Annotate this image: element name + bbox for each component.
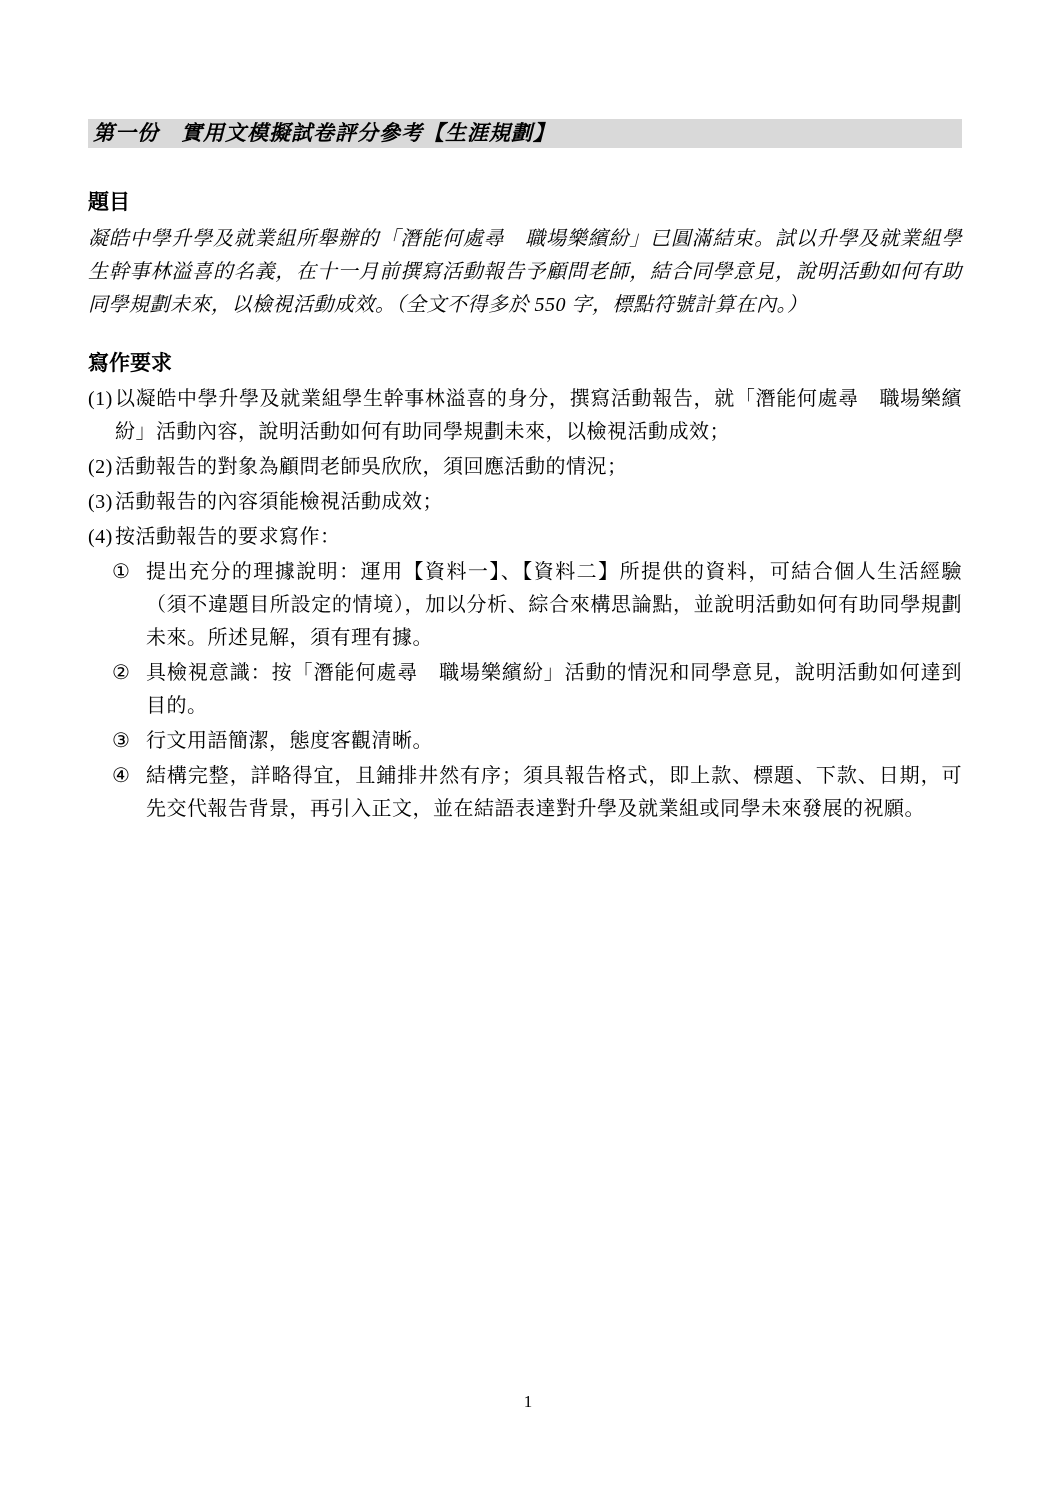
requirement-item-4: (4) 按活動報告的要求寫作： — [88, 521, 962, 554]
item-text: 以凝皓中學升學及就業組學生幹事林溢喜的身分，撰寫活動報告，就「潛能何處尋 職場樂… — [115, 383, 962, 449]
item-text: 活動報告的內容須能檢視活動成效； — [115, 486, 962, 519]
item-marker: (1) — [88, 383, 115, 449]
item-text: 按活動報告的要求寫作： — [115, 521, 962, 554]
requirements-list: (1) 以凝皓中學升學及就業組學生幹事林溢喜的身分，撰寫活動報告，就「潛能何處尋… — [88, 383, 962, 826]
requirement-subitem-4: ④ 結構完整，詳略得宜，且鋪排井然有序；須具報告格式，即上款、標題、下款、日期，… — [112, 760, 962, 826]
requirement-subitem-2: ② 具檢視意識：按「潛能何處尋 職場樂繽紛」活動的情況和同學意見，說明活動如何達… — [112, 657, 962, 723]
requirement-item-1: (1) 以凝皓中學升學及就業組學生幹事林溢喜的身分，撰寫活動報告，就「潛能何處尋… — [88, 383, 962, 449]
requirement-item-2: (2) 活動報告的對象為顧問老師吳欣欣，須回應活動的情況； — [88, 451, 962, 484]
topic-heading: 題目 — [88, 187, 962, 217]
section-title-bar: 第一份 實用文模擬試卷評分參考【生涯規劃】 — [88, 119, 962, 148]
subitem-text: 提出充分的理據說明：運用【資料一】、【資料二】所提供的資料，可結合個人生活經驗（… — [146, 556, 962, 655]
requirement-sublist: ① 提出充分的理據說明：運用【資料一】、【資料二】所提供的資料，可結合個人生活經… — [112, 556, 962, 826]
document-page: 第一份 實用文模擬試卷評分參考【生涯規劃】 題目 凝皓中學升學及就業組所舉辦的「… — [0, 0, 1056, 1486]
requirements-heading: 寫作要求 — [88, 348, 962, 378]
item-marker: (2) — [88, 451, 115, 484]
topic-body: 凝皓中學升學及就業組所舉辦的「潛能何處尋 職場樂繽紛」已圓滿結束。試以升學及就業… — [88, 223, 962, 322]
subitem-marker: ③ — [112, 725, 146, 758]
page-number: 1 — [0, 1391, 1056, 1413]
item-marker: (4) — [88, 521, 115, 554]
requirement-item-3: (3) 活動報告的內容須能檢視活動成效； — [88, 486, 962, 519]
subitem-marker: ② — [112, 657, 146, 723]
subitem-marker: ① — [112, 556, 146, 655]
content-column: 第一份 實用文模擬試卷評分參考【生涯規劃】 題目 凝皓中學升學及就業組所舉辦的「… — [88, 0, 962, 828]
requirement-subitem-1: ① 提出充分的理據說明：運用【資料一】、【資料二】所提供的資料，可結合個人生活經… — [112, 556, 962, 655]
requirement-subitem-3: ③ 行文用語簡潔，態度客觀清晰。 — [112, 725, 962, 758]
subitem-text: 結構完整，詳略得宜，且鋪排井然有序；須具報告格式，即上款、標題、下款、日期，可先… — [146, 760, 962, 826]
item-text: 活動報告的對象為顧問老師吳欣欣，須回應活動的情況； — [115, 451, 962, 484]
subitem-text: 具檢視意識：按「潛能何處尋 職場樂繽紛」活動的情況和同學意見，說明活動如何達到目… — [146, 657, 962, 723]
section-title: 第一份 實用文模擬試卷評分參考【生涯規劃】 — [93, 120, 555, 146]
item-marker: (3) — [88, 486, 115, 519]
subitem-text: 行文用語簡潔，態度客觀清晰。 — [146, 725, 962, 758]
subitem-marker: ④ — [112, 760, 146, 826]
